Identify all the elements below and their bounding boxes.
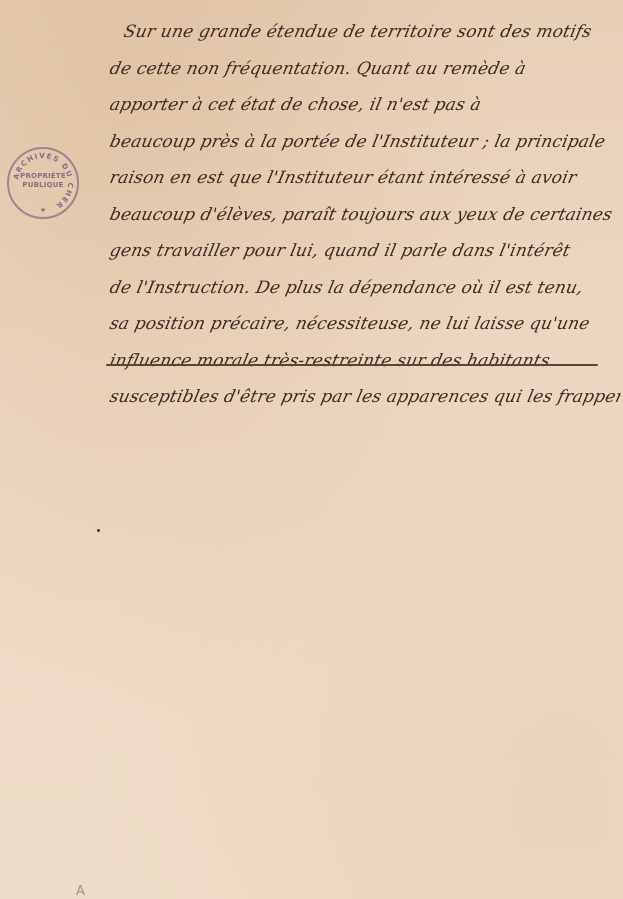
separator-rule (106, 364, 598, 366)
bleed-through-text (0, 62, 9, 92)
text-line: apporter à cet état de chose, il n'est p… (106, 87, 623, 124)
pencil-folio-mark: A (76, 884, 85, 899)
text-line: de l'Instruction. De plus la dépendance … (106, 270, 623, 307)
text-line: susceptibles d'être pris par les apparen… (106, 379, 623, 416)
text-line: influence morale très-restreinte sur des… (106, 343, 623, 380)
svg-text:★: ★ (40, 206, 46, 214)
text-line: de cette non fréquentation. Quant au rem… (106, 51, 623, 88)
stamp-center-text: PROPRIÉTÉ PUBLIQUE (9, 172, 77, 190)
handwritten-text-block: Sur une grande étendue de territoire son… (106, 14, 616, 416)
archive-stamp: ARCHIVES DU CHER ★ PROPRIÉTÉ PUBLIQUE (7, 147, 79, 219)
text-line: gens travailler pour lui, quand il parle… (106, 233, 623, 270)
margin-ink-dot (97, 529, 100, 532)
text-line: beaucoup près à la portée de l'Institute… (106, 124, 623, 161)
stamp-center-line-2: PUBLIQUE (9, 181, 77, 190)
manuscript-page: ARCHIVES DU CHER ★ PROPRIÉTÉ PUBLIQUE Su… (0, 0, 623, 899)
stamp-center-line-1: PROPRIÉTÉ (9, 172, 77, 181)
text-line: Sur une grande étendue de territoire son… (106, 14, 623, 51)
text-line: raison en est que l'Instituteur étant in… (106, 160, 623, 197)
text-line: sa position précaire, nécessiteuse, ne l… (106, 306, 623, 343)
text-line: beaucoup d'élèves, paraît toujours aux y… (106, 197, 623, 234)
